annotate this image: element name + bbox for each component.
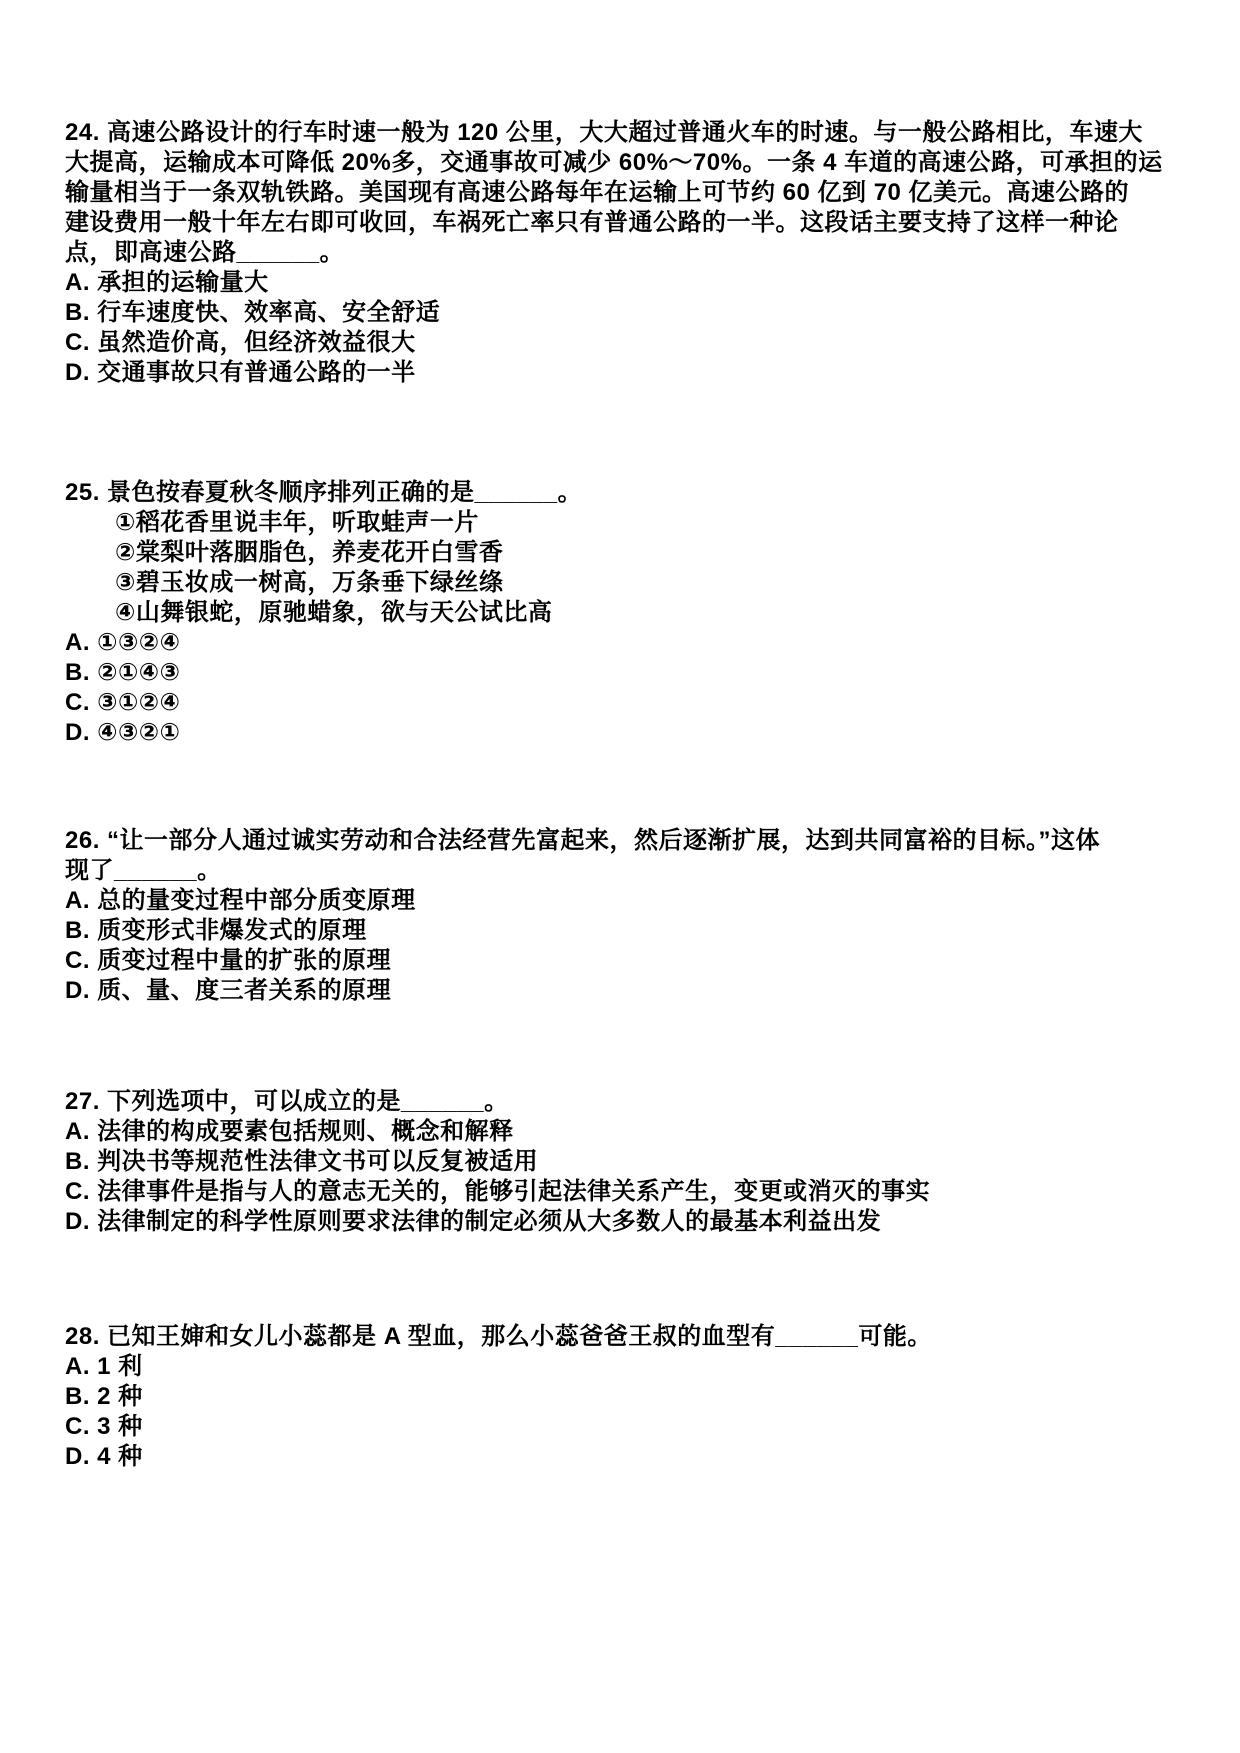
question-26-option-a: A. 总的量变过程中部分质变原理 <box>65 886 1190 916</box>
question-24-option-c: C. 虽然造价高，但经济效益很大 <box>65 328 1190 358</box>
question-27-option-c: C. 法律事件是指与人的意志无关的，能够引起法律关系产生，变更或消灭的事实 <box>65 1177 1190 1207</box>
question-26-option-c: C. 质变过程中量的扩张的原理 <box>65 946 1190 976</box>
question-27-option-d: D. 法律制定的科学性原则要求法律的制定必须从大多数人的最基本利益出发 <box>65 1207 1190 1237</box>
question-27-option-b: B. 判决书等规范性法律文书可以反复被适用 <box>65 1147 1190 1177</box>
question-25-item-4: ④山舞银蛇，原驰蜡象，欲与天公试比高 <box>65 598 1190 628</box>
question-28-option-c: C. 3 种 <box>65 1412 1190 1442</box>
question-list: 24. 高速公路设计的行车时速一般为 120 公里，大大超过普通火车的时速。与一… <box>0 0 1240 1472</box>
question-27: 27. 下列选项中，可以成立的是______。 A. 法律的构成要素包括规则、概… <box>65 1087 1190 1237</box>
question-27-stem: 27. 下列选项中，可以成立的是______。 <box>65 1087 1190 1117</box>
question-28: 28. 已知王婶和女儿小蕊都是 A 型血，那么小蕊爸爸王叔的血型有______可… <box>65 1322 1190 1472</box>
question-26-option-b: B. 质变形式非爆发式的原理 <box>65 916 1190 946</box>
question-25-item-2: ②棠梨叶落胭脂色，养麦花开白雪香 <box>65 538 1190 568</box>
question-28-stem: 28. 已知王婶和女儿小蕊都是 A 型血，那么小蕊爸爸王叔的血型有______可… <box>65 1322 1190 1352</box>
question-25-option-d: D. ④③②① <box>65 718 1190 748</box>
question-25-item-3: ③碧玉妆成一树高，万条垂下绿丝绦 <box>65 568 1190 598</box>
question-26: 26. “让一部分人通过诚实劳动和合法经营先富起来，然后逐渐扩展，达到共同富裕的… <box>65 826 1190 1006</box>
question-24: 24. 高速公路设计的行车时速一般为 120 公里，大大超过普通火车的时速。与一… <box>65 118 1190 388</box>
question-25-option-b: B. ②①④③ <box>65 658 1190 688</box>
question-24-option-a: A. 承担的运输量大 <box>65 268 1190 298</box>
question-26-stem: 26. “让一部分人通过诚实劳动和合法经营先富起来，然后逐渐扩展，达到共同富裕的… <box>65 826 1190 886</box>
question-24-option-b: B. 行车速度快、效率高、安全舒适 <box>65 298 1190 328</box>
question-26-option-d: D. 质、量、度三者关系的原理 <box>65 976 1190 1006</box>
question-25-stem: 25. 景色按春夏秋冬顺序排列正确的是______。 <box>65 478 1190 508</box>
exam-page: 24. 高速公路设计的行车时速一般为 120 公里，大大超过普通火车的时速。与一… <box>0 0 1240 1753</box>
question-24-option-d: D. 交通事故只有普通公路的一半 <box>65 358 1190 388</box>
question-25: 25. 景色按春夏秋冬顺序排列正确的是______。 ①稻花香里说丰年，听取蛙声… <box>65 478 1190 748</box>
question-25-item-1: ①稻花香里说丰年，听取蛙声一片 <box>65 508 1190 538</box>
question-28-option-a: A. 1 利 <box>65 1352 1190 1382</box>
question-25-option-c: C. ③①②④ <box>65 688 1190 718</box>
question-27-option-a: A. 法律的构成要素包括规则、概念和解释 <box>65 1117 1190 1147</box>
question-28-option-d: D. 4 种 <box>65 1442 1190 1472</box>
question-24-stem: 24. 高速公路设计的行车时速一般为 120 公里，大大超过普通火车的时速。与一… <box>65 118 1190 268</box>
question-28-option-b: B. 2 种 <box>65 1382 1190 1412</box>
question-25-option-a: A. ①③②④ <box>65 628 1190 658</box>
